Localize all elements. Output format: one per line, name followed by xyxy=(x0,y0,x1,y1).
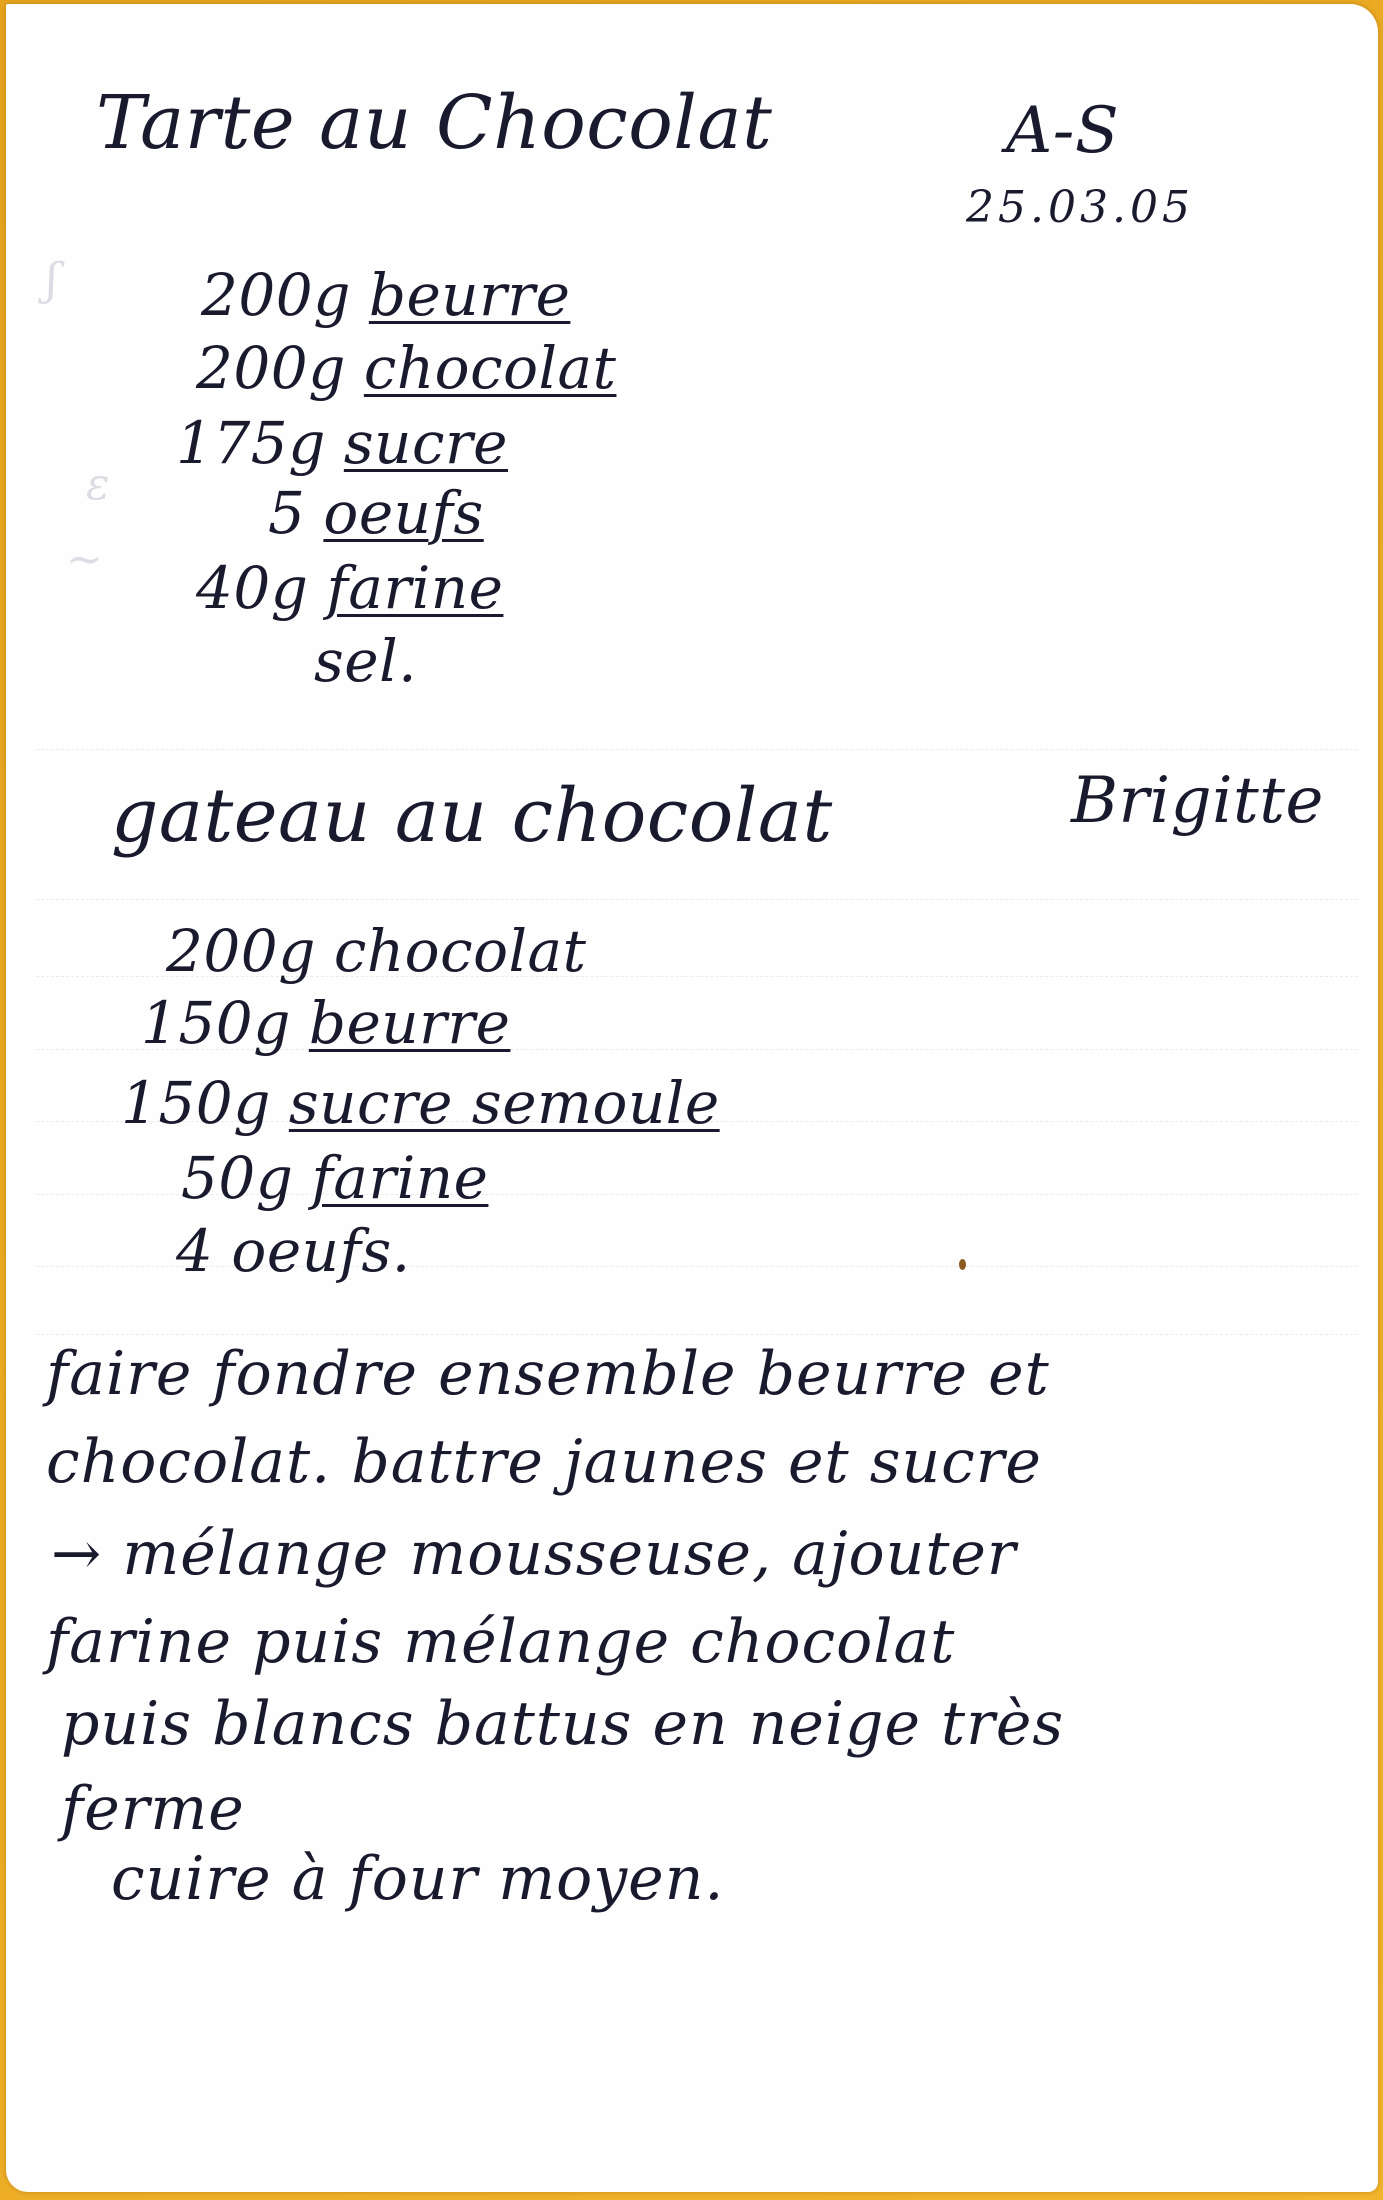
ingredient-name: sel. xyxy=(314,627,417,695)
recipe1-ingredient: 40gfarine xyxy=(196,559,503,617)
recipe2-author: Brigitte xyxy=(1071,769,1324,833)
recipe1-author: A-S xyxy=(1006,99,1119,163)
ingredient-qty: 50g xyxy=(181,1149,293,1207)
ingredient-name: beurre xyxy=(309,989,511,1057)
ruled-line xyxy=(36,749,1358,750)
instruction-line: cuire à four moyen. xyxy=(111,1849,724,1909)
recipe1-ingredient: 200gbeurre xyxy=(201,266,570,324)
ingredient-qty: 150g xyxy=(121,1074,271,1132)
paper-stain xyxy=(959,1259,966,1270)
recipe1-ingredient: 5oeufs xyxy=(268,484,484,542)
recipe2-ingredient: 200gchocolat xyxy=(166,922,586,980)
show-through-mark: ~ xyxy=(66,534,103,585)
show-through-mark: ʃ xyxy=(46,254,58,305)
recipe2-title: gateau au chocolat xyxy=(111,779,833,853)
ingredient-qty: 200g xyxy=(166,922,316,980)
ingredient-name: farine xyxy=(326,554,503,622)
ingredient-qty: 175g xyxy=(176,414,326,472)
instruction-line: puis blancs battus en neige très xyxy=(61,1694,1064,1754)
show-through-mark: ɛ xyxy=(86,459,110,510)
ingredient-qty: 150g xyxy=(141,994,291,1052)
instruction-line: → mélange mousseuse, ajouter xyxy=(51,1524,1017,1584)
instruction-line: ferme xyxy=(61,1779,245,1839)
ingredient-qty: 200g xyxy=(201,266,351,324)
recipe-paper-sheet: ʃ ɛ ~ Tarte au Chocolat A-S 25.03.05 200… xyxy=(6,4,1378,2192)
recipe1-ingredient: sel. xyxy=(296,632,417,690)
ingredient-name: oeufs. xyxy=(231,1217,410,1285)
ingredient-name: sucre semoule xyxy=(289,1069,720,1137)
ingredient-qty: 40g xyxy=(196,559,308,617)
recipe1-ingredient: 175gsucre xyxy=(176,414,508,472)
photo-background: ʃ ɛ ~ Tarte au Chocolat A-S 25.03.05 200… xyxy=(0,0,1383,2200)
ingredient-qty: 4 xyxy=(176,1222,213,1280)
ingredient-qty: 200g xyxy=(196,339,346,397)
instruction-line: chocolat. battre jaunes et sucre xyxy=(46,1432,1042,1492)
ingredient-name: farine xyxy=(311,1144,488,1212)
ingredient-name: chocolat xyxy=(364,334,617,402)
instruction-line: farine puis mélange chocolat xyxy=(46,1612,955,1672)
ingredient-name: sucre xyxy=(344,409,508,477)
ruled-line xyxy=(36,899,1358,900)
recipe2-ingredient: 4oeufs. xyxy=(176,1222,411,1280)
recipe1-ingredient: 200gchocolat xyxy=(196,339,616,397)
recipe2-ingredient: 50gfarine xyxy=(181,1149,488,1207)
instruction-line: faire fondre ensemble beurre et xyxy=(46,1344,1050,1404)
recipe1-title: Tarte au Chocolat xyxy=(96,86,772,160)
ingredient-name: chocolat xyxy=(334,917,587,985)
recipe2-ingredient: 150gbeurre xyxy=(141,994,510,1052)
recipe1-date: 25.03.05 xyxy=(966,186,1194,230)
ingredient-name: beurre xyxy=(369,261,571,329)
ruled-line xyxy=(36,1334,1358,1335)
ingredient-name: oeufs xyxy=(323,479,483,547)
recipe2-ingredient: 150gsucre semoule xyxy=(121,1074,720,1132)
ingredient-qty: 5 xyxy=(268,484,305,542)
